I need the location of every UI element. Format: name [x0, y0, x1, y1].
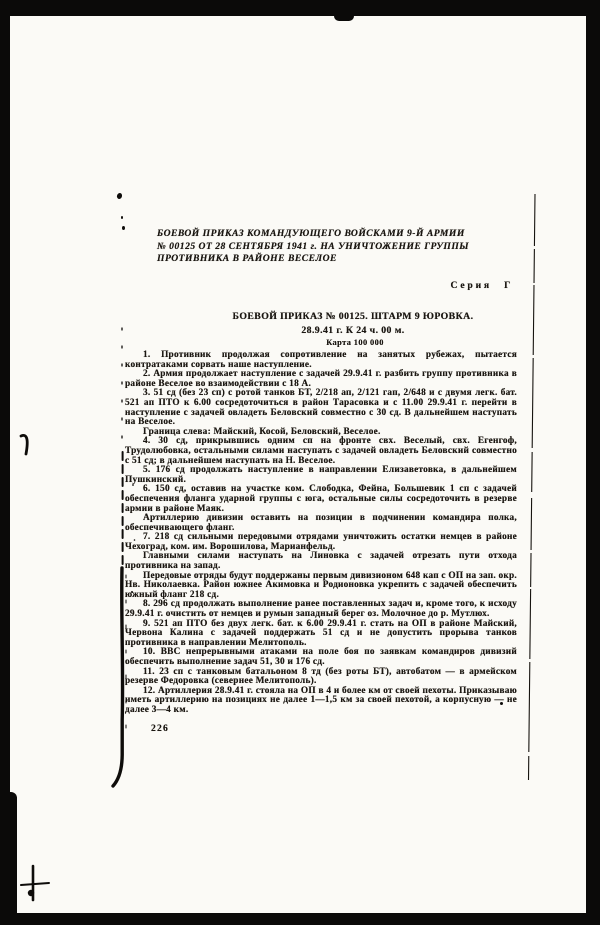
order-paragraph: 7. 218 сд сильными передовыми отрядами у… — [125, 533, 517, 552]
order-paragraph: Главными силами наступать на Линовка с з… — [125, 552, 517, 571]
order-paragraph: Передовые отряды будут поддержаны первым… — [125, 572, 517, 601]
scan-edge-top-notch — [334, 14, 354, 21]
order-paragraph: 11. 23 сп с танковым батальоном 8 тд (бе… — [125, 668, 517, 687]
scan-edge-left — [0, 0, 10, 925]
order-paragraph: 12. Артиллерия 28.9.41 г. стояла на ОП в… — [125, 687, 517, 716]
series-label: Серия Г — [451, 280, 513, 291]
order-body: 1. Противник продолжая сопротивление на … — [125, 351, 517, 733]
order-paragraph: 6. 150 сд, оставив на участке ком. Слобо… — [125, 485, 517, 514]
order-paragraph: 1. Противник продолжая сопротивление на … — [125, 351, 517, 370]
ink-mark-hook — [14, 430, 36, 460]
scan-edge-top — [0, 0, 600, 16]
page-number: 226 — [151, 724, 517, 734]
order-paragraph: 9. 521 ап ПТО без двух легк. бат. к 6.00… — [125, 620, 517, 649]
document-title-line: № 00125 ОТ 28 СЕНТЯБРЯ 1941 г. НА УНИЧТО… — [157, 241, 549, 254]
order-heading: БОЕВОЙ ПРИКАЗ № 00125. ШТАРМ 9 ЮРОВКА. 2… — [157, 310, 549, 337]
scan-edge-bottom — [0, 913, 600, 925]
scan-edge-left-bottom — [0, 792, 17, 925]
order-paragraph: 2. Армия продолжает наступление с задаче… — [125, 370, 517, 389]
scanned-book-page: БОЕВОЙ ПРИКАЗ КОМАНДУЮЩЕГО ВОЙСКАМИ 9-Й … — [0, 0, 600, 925]
order-paragraph: 10. ВВС непрерывными атаками на поле боя… — [125, 648, 517, 667]
ink-mark-cross — [18, 860, 52, 906]
document-title-line: ПРОТИВНИКА В РАЙОНЕ ВЕСЕЛОЕ — [157, 253, 549, 266]
order-paragraph: 4. 30 сд, прикрывшись одним сп на фронте… — [125, 437, 517, 466]
ink-speck — [121, 216, 123, 219]
order-document: БОЕВОЙ ПРИКАЗ КОМАНДУЮЩЕГО ВОЙСКАМИ 9-Й … — [125, 228, 517, 748]
document-title-line: БОЕВОЙ ПРИКАЗ КОМАНДУЮЩЕГО ВОЙСКАМИ 9-Й … — [157, 228, 549, 241]
order-paragraph: Артиллерию дивизии оставить на позиции в… — [125, 514, 517, 533]
order-paragraph: 8. 296 сд продолжать выполнение ранее по… — [125, 600, 517, 619]
page-edge-line-artifact — [518, 188, 544, 792]
order-paragraph: 5. 176 сд продолжать наступление в напра… — [125, 466, 517, 485]
order-paragraphs: 1. Противник продолжая сопротивление на … — [125, 351, 517, 716]
scan-edge-right — [586, 10, 600, 925]
order-heading-line: 28.9.41 г. К 24 ч. 00 м. — [157, 324, 549, 338]
order-paragraph: 3. 51 сд (без 23 сп) с ротой танков БТ, … — [125, 389, 517, 427]
document-title: БОЕВОЙ ПРИКАЗ КОМАНДУЮЩЕГО ВОЙСКАМИ 9-Й … — [157, 228, 549, 266]
order-heading-line: БОЕВОЙ ПРИКАЗ № 00125. ШТАРМ 9 ЮРОВКА. — [157, 310, 549, 324]
map-note: Карта 100 000 — [159, 338, 551, 347]
